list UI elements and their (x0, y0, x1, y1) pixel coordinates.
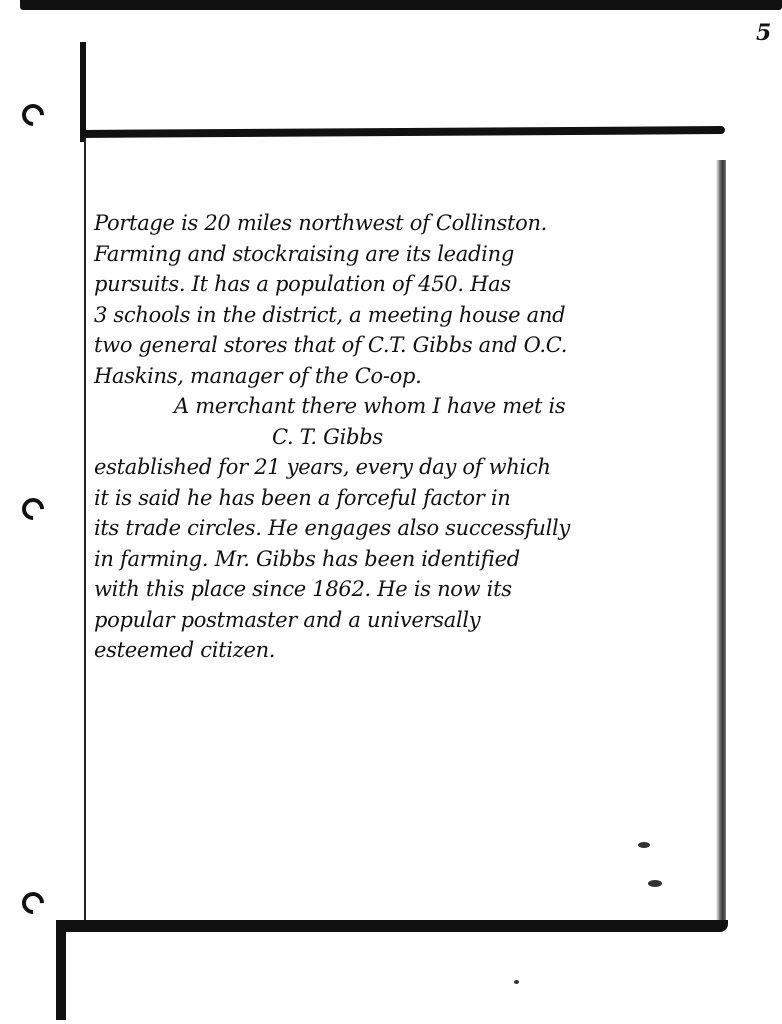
text-line: it is said he has been a forceful factor… (94, 483, 714, 514)
binder-hole-middle (17, 493, 48, 524)
text-line: pursuits. It has a population of 450. Ha… (94, 269, 714, 300)
text-line: its trade circles. He engages also succe… (94, 513, 714, 544)
page-number: 5 (756, 20, 771, 46)
text-line: esteemed citizen. (94, 635, 714, 666)
text-line: two general stores that of C.T. Gibbs an… (94, 330, 714, 361)
scan-speck (514, 980, 519, 984)
text-line: A merchant there whom I have met is (94, 391, 714, 422)
text-line: in farming. Mr. Gibbs has been identifie… (94, 544, 714, 575)
scan-speck (638, 842, 650, 848)
scan-speck (648, 880, 662, 887)
text-line: popular postmaster and a universally (94, 605, 714, 636)
notebook-frame-left-upper (80, 42, 86, 142)
notebook-frame-left (84, 136, 86, 926)
text-line: with this place since 1862. He is now it… (94, 574, 714, 605)
handwritten-text: Portage is 20 miles northwest of Collins… (94, 208, 714, 666)
text-line: 3 schools in the district, a meeting hou… (94, 300, 714, 331)
binder-hole-top (17, 99, 48, 130)
text-line: Portage is 20 miles northwest of Collins… (94, 208, 714, 239)
notebook-frame-left-lower (56, 920, 66, 1020)
text-line: Farming and stockraising are its leading (94, 239, 714, 270)
text-line: established for 21 years, every day of w… (94, 452, 714, 483)
notebook-frame-right (716, 160, 726, 920)
merchant-name: C. T. Gibbs (94, 422, 714, 453)
text-line: Haskins, manager of the Co-op. (94, 361, 714, 392)
notebook-frame-bottom (56, 920, 728, 932)
binder-hole-bottom (17, 887, 48, 918)
notebook-frame-top (80, 126, 725, 138)
scan-top-border (20, 0, 782, 10)
